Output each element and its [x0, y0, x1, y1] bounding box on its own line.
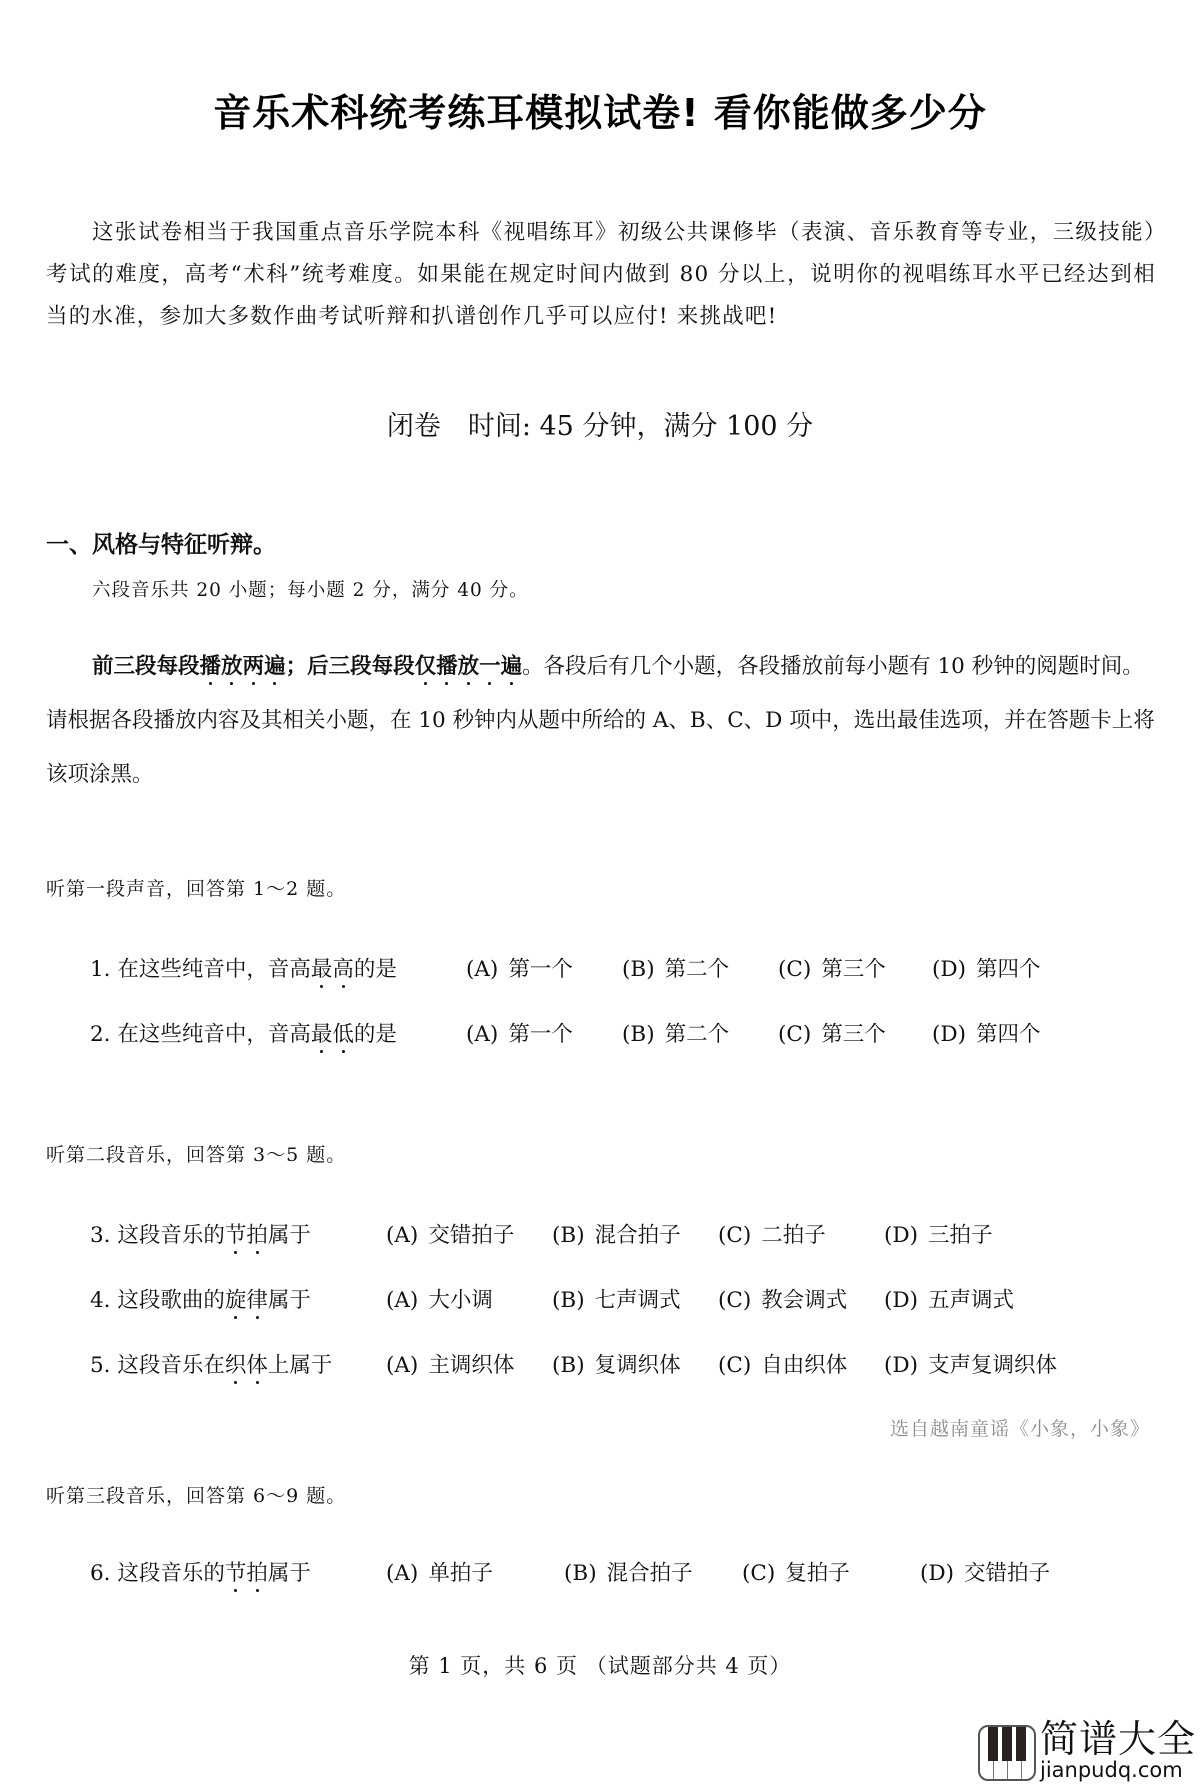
option-letter: (B) [564, 1561, 597, 1586]
emphasis-dot-char: 最 [311, 1022, 333, 1047]
group-label-3: 听第三段音乐，回答第 6～9 题。 [46, 1481, 346, 1508]
emphasis-dot-char: 遍 [501, 654, 523, 679]
option-d[interactable]: (D)支声复调织体 [884, 1348, 1057, 1379]
emphasis-dot-char: 高 [332, 957, 354, 982]
group-label-2: 听第二段音乐，回答第 3～5 题。 [46, 1140, 346, 1167]
emphasis-dot-char: 放 [221, 654, 243, 679]
option-letter: (C) [778, 1022, 811, 1047]
instructions-emphasis: 前三段每段播放两遍；后三段每段仅播放一遍 [92, 654, 522, 679]
option-text: 第四个 [976, 1022, 1041, 1047]
option-text: 教会调式 [761, 1288, 847, 1313]
question-stem: 这段音乐的 [117, 1561, 225, 1586]
option-c[interactable]: (C)第三个 [778, 1017, 886, 1048]
option-letter: (A) [386, 1288, 418, 1313]
question-number: 5. [90, 1353, 111, 1378]
question-stem: 属于 [268, 1561, 311, 1586]
emphasis-dot-char: 拍 [246, 1223, 268, 1248]
option-d[interactable]: (D)交错拍子 [920, 1556, 1050, 1587]
option-d[interactable]: (D)三拍子 [884, 1218, 993, 1249]
logo-text-en: jianpudq.com [1040, 1759, 1183, 1781]
option-letter: (C) [778, 957, 811, 982]
site-logo[interactable]: 简谱大全 jianpudq.com [978, 1717, 1198, 1781]
emphasis-dot-char: 拍 [246, 1561, 268, 1586]
option-letter: (D) [932, 1022, 966, 1047]
emphasis-dot-char: 织 [225, 1353, 247, 1378]
option-letter: (C) [742, 1561, 775, 1586]
option-letter: (D) [884, 1288, 918, 1313]
option-letter: (D) [932, 957, 966, 982]
option-text: 第二个 [665, 1022, 730, 1047]
emphasis-dot-char: 旋 [225, 1288, 247, 1313]
option-d[interactable]: (D)第四个 [932, 952, 1041, 983]
option-a[interactable]: (A)单拍子 [386, 1556, 493, 1587]
emphasis-text: 前三段每段 [92, 654, 200, 679]
question-number: 3. [90, 1223, 111, 1248]
option-letter: (A) [386, 1561, 418, 1586]
option-letter: (B) [622, 1022, 655, 1047]
question-text: 5. 这段音乐在织体上属于 [90, 1348, 332, 1379]
option-text: 复调织体 [595, 1353, 681, 1378]
option-c[interactable]: (C)自由织体 [718, 1348, 847, 1379]
option-letter: (C) [718, 1288, 751, 1313]
exam-info: 闭卷 时间: 45 分钟，满分 100 分 [0, 404, 1200, 443]
piano-keys-icon [978, 1725, 1036, 1781]
option-b[interactable]: (B)七声调式 [552, 1283, 681, 1314]
option-letter: (D) [884, 1223, 918, 1248]
question-stem: 的是 [354, 957, 397, 982]
emphasis-dot-char: 播 [436, 654, 458, 679]
option-b[interactable]: (B)混合拍子 [552, 1218, 681, 1249]
option-letter: (A) [466, 957, 498, 982]
question-stem: 这段歌曲的 [117, 1288, 225, 1313]
option-text: 主调织体 [428, 1353, 514, 1378]
option-text: 混合拍子 [595, 1223, 681, 1248]
emphasis-dot-char: 放 [458, 654, 480, 679]
option-a[interactable]: (A)大小调 [386, 1283, 493, 1314]
option-d[interactable]: (D)第四个 [932, 1017, 1041, 1048]
option-a[interactable]: (A)交错拍子 [386, 1218, 514, 1249]
question-text: 2. 在这些纯音中，音高最低的是 [90, 1017, 397, 1048]
question-stem: 的是 [354, 1022, 397, 1047]
intro-paragraph: 这张试卷相当于我国重点音乐学院本科《视唱练耳》初级公共课修毕（表演、音乐教育等专… [46, 212, 1156, 338]
option-text: 交错拍子 [964, 1561, 1050, 1586]
question-stem: 属于 [268, 1288, 311, 1313]
section-instructions: 前三段每段播放两遍；后三段每段仅播放一遍。各段后有几个小题，各段播放前每小题有 … [46, 640, 1156, 802]
emphasis-dot-char: 律 [246, 1288, 268, 1313]
emphasis-dot-char: 节 [225, 1561, 247, 1586]
option-c[interactable]: (C)教会调式 [718, 1283, 847, 1314]
option-text: 单拍子 [428, 1561, 493, 1586]
option-a[interactable]: (A)第一个 [466, 1017, 573, 1048]
source-citation: 选自越南童谣《小象，小象》 [890, 1414, 1150, 1441]
option-text: 第二个 [665, 957, 730, 982]
option-d[interactable]: (D)五声调式 [884, 1283, 1014, 1314]
option-b[interactable]: (B)复调织体 [552, 1348, 681, 1379]
emphasis-dot-char: 一 [479, 654, 501, 679]
question-stem: 属于 [268, 1223, 311, 1248]
option-letter: (A) [466, 1022, 498, 1047]
option-text: 五声调式 [928, 1288, 1014, 1313]
question-text: 4. 这段歌曲的旋律属于 [90, 1283, 311, 1314]
section-heading: 一、风格与特征听辩。 [46, 526, 276, 559]
emphasis-text: ；后三段每段 [286, 654, 415, 679]
option-letter: (A) [386, 1223, 418, 1248]
option-letter: (B) [552, 1288, 585, 1313]
option-letter: (B) [552, 1353, 585, 1378]
logo-text-cn: 简谱大全 [1040, 1719, 1196, 1759]
emphasis-dot-char: 播 [200, 654, 222, 679]
option-letter: (D) [920, 1561, 954, 1586]
option-text: 复拍子 [785, 1561, 850, 1586]
option-b[interactable]: (B)第二个 [622, 1017, 729, 1048]
option-a[interactable]: (A)第一个 [466, 952, 573, 983]
option-letter: (C) [718, 1353, 751, 1378]
option-letter: (A) [386, 1353, 418, 1378]
option-letter: (B) [622, 957, 655, 982]
emphasis-dot-char: 低 [332, 1022, 354, 1047]
question-text: 1. 在这些纯音中，音高最高的是 [90, 952, 397, 983]
emphasis-dot-char: 体 [246, 1353, 268, 1378]
option-a[interactable]: (A)主调织体 [386, 1348, 514, 1379]
question-number: 1. [90, 957, 111, 982]
question-number: 6. [90, 1561, 111, 1586]
question-stem: 在这些纯音中，音高 [117, 1022, 311, 1047]
option-text: 大小调 [428, 1288, 493, 1313]
emphasis-dot-char: 两 [243, 654, 265, 679]
page-footer: 第 1 页，共 6 页 （试题部分共 4 页） [0, 1650, 1200, 1680]
option-text: 第三个 [821, 957, 886, 982]
option-text: 第四个 [976, 957, 1041, 982]
question-text: 3. 这段音乐的节拍属于 [90, 1218, 311, 1249]
option-text: 第一个 [508, 1022, 573, 1047]
page-title: 音乐术科统考练耳模拟试卷! 看你能做多少分 [0, 82, 1200, 137]
emphasis-dot-char: 遍 [264, 654, 286, 679]
question-number: 2. [90, 1022, 111, 1047]
option-b[interactable]: (B)第二个 [622, 952, 729, 983]
option-text: 支声复调织体 [928, 1353, 1057, 1378]
question-stem: 上属于 [268, 1353, 333, 1378]
option-c[interactable]: (C)二拍子 [718, 1218, 826, 1249]
question-text: 6. 这段音乐的节拍属于 [90, 1556, 311, 1587]
section-subtitle: 六段音乐共 20 小题；每小题 2 分，满分 40 分。 [92, 576, 529, 602]
option-text: 自由织体 [761, 1353, 847, 1378]
emphasis-dot-char: 最 [311, 957, 333, 982]
question-stem: 这段音乐的 [117, 1223, 225, 1248]
option-text: 混合拍子 [607, 1561, 693, 1586]
emphasis-dot-char: 仅 [415, 654, 437, 679]
option-c[interactable]: (C)第三个 [778, 952, 886, 983]
question-stem: 这段音乐在 [117, 1353, 225, 1378]
option-letter: (B) [552, 1223, 585, 1248]
option-text: 七声调式 [595, 1288, 681, 1313]
option-text: 交错拍子 [428, 1223, 514, 1248]
option-text: 第三个 [821, 1022, 886, 1047]
option-b[interactable]: (B)混合拍子 [564, 1556, 693, 1587]
question-stem: 在这些纯音中，音高 [117, 957, 311, 982]
option-c[interactable]: (C)复拍子 [742, 1556, 850, 1587]
option-letter: (D) [884, 1353, 918, 1378]
option-text: 二拍子 [761, 1223, 826, 1248]
emphasis-dot-char: 节 [225, 1223, 247, 1248]
option-letter: (C) [718, 1223, 751, 1248]
question-number: 4. [90, 1288, 111, 1313]
option-text: 三拍子 [928, 1223, 993, 1248]
group-label-1: 听第一段声音，回答第 1～2 题。 [46, 874, 346, 901]
option-text: 第一个 [508, 957, 573, 982]
